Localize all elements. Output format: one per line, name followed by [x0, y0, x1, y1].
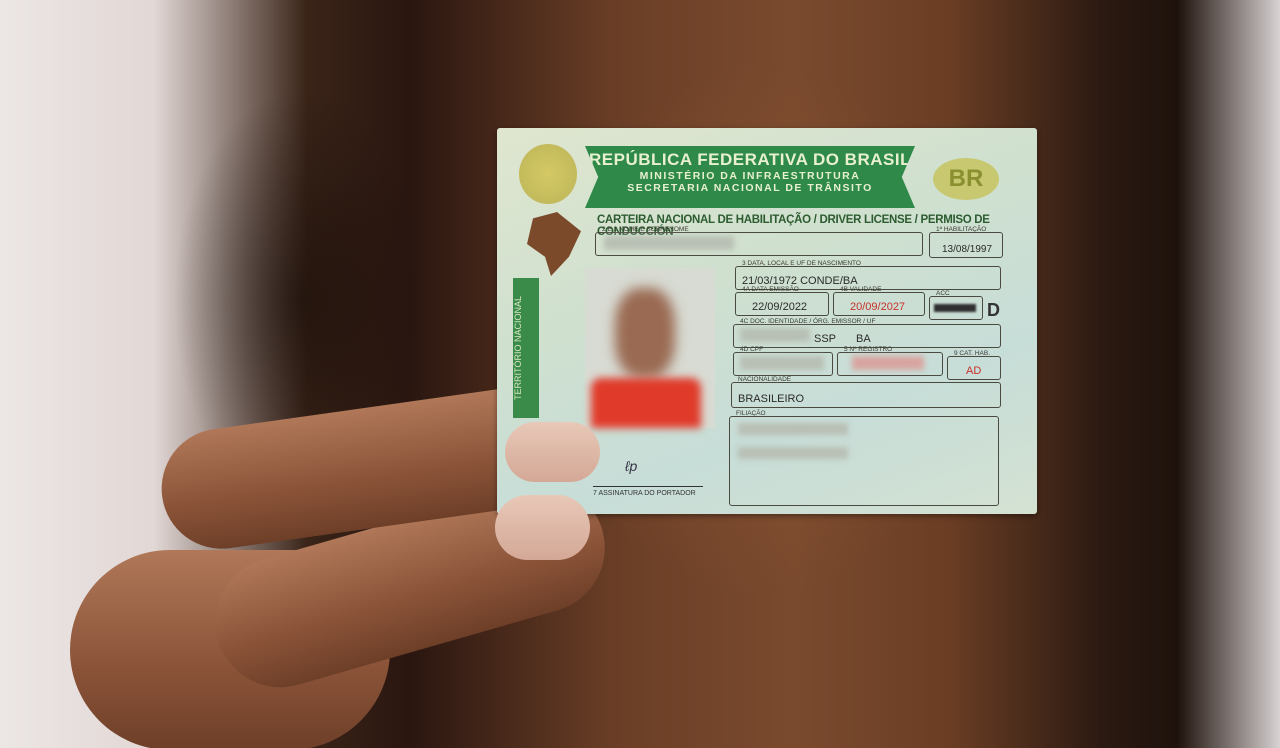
- brazil-map-icon: [521, 212, 581, 276]
- field-first-license: 1ª HABILITAÇÃO 13/08/1997: [929, 232, 1003, 258]
- header-secretariat: SECRETARIA NACIONAL DE TRÂNSITO: [585, 182, 915, 194]
- field-doc-id: 4c DOC. IDENTIDADE / ÓRG. EMISSOR / UF S…: [733, 324, 1001, 348]
- doc-id-redacted: [740, 328, 810, 342]
- filiation-redacted-1: [738, 423, 848, 435]
- driver-license-card: REPÚBLICA FEDERATIVA DO BRASIL MINISTÉRI…: [497, 128, 1037, 514]
- field-nationality: NACIONALIDADE BRASILEIRO: [731, 382, 1001, 408]
- header-banner: REPÚBLICA FEDERATIVA DO BRASIL MINISTÉRI…: [585, 146, 915, 208]
- signature-label: 7 ASSINATURA DO PORTADOR: [593, 490, 696, 497]
- field-filiation: FILIAÇÃO: [729, 416, 999, 506]
- blurred-shirt: [591, 378, 701, 428]
- signature-mark: ℓp: [625, 458, 637, 474]
- blurred-face: [615, 288, 675, 378]
- acc-letter: D: [987, 300, 1000, 321]
- field-issue-date: 4a DATA EMISSÃO 22/09/2022: [735, 292, 829, 316]
- cpf-redacted: [740, 356, 824, 370]
- field-category: 9 CAT. HAB. AD: [947, 356, 1001, 380]
- signature-line: [593, 486, 703, 487]
- field-validity: 4b VALIDADE 20/09/2027: [833, 292, 925, 316]
- holder-photo-redacted: [585, 268, 715, 428]
- country-badge: BR: [933, 158, 999, 200]
- name-redacted: [604, 236, 734, 250]
- registration-redacted: [852, 356, 924, 370]
- field-name: 2 e 1 NOME E SOBRENOME: [595, 232, 923, 256]
- vertical-strip: TERRITÓRIO NACIONAL: [513, 278, 539, 418]
- field-cpf: 4d CPF: [733, 352, 833, 376]
- filiation-redacted-2: [738, 447, 848, 459]
- acc-redacted: [934, 304, 976, 312]
- coat-of-arms-icon: [519, 144, 577, 204]
- header-ministry: MINISTÉRIO DA INFRAESTRUTURA: [585, 170, 915, 182]
- field-acc: ACC: [929, 296, 983, 320]
- field-registration: 5 Nº REGISTRO: [837, 352, 943, 376]
- header-title: REPÚBLICA FEDERATIVA DO BRASIL: [585, 150, 915, 170]
